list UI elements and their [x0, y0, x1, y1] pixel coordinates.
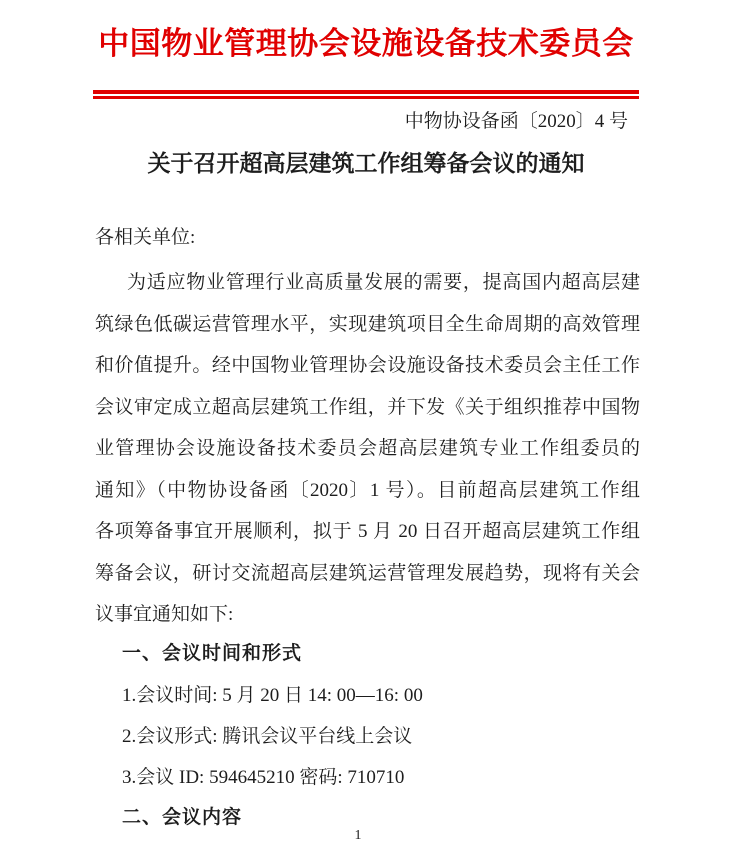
paragraph-line: 各项筹备事宜开展顺利，拟于 5 月 20 日召开超高层建筑工作组	[95, 520, 640, 545]
section-heading-content: 二、会议内容	[122, 806, 640, 831]
meeting-format-item: 2.会议形式: 腾讯会议平台线上会议	[122, 725, 640, 750]
paragraph-line: 会议审定成立超高层建筑工作组，并下发《关于组织推荐中国物	[95, 396, 640, 421]
meeting-time-item: 1.会议时间: 5 月 20 日 14: 00—16: 00	[122, 684, 640, 709]
paragraph-line: 为适应物业管理行业高质量发展的需要，提高国内超高层建	[127, 271, 640, 296]
paragraph-line: 业管理协会设施设备技术委员会超高层建筑专业工作组委员的	[95, 437, 640, 462]
doc-number: 中物协设备函〔2020〕4 号	[95, 110, 628, 135]
section-heading-time-format: 一、会议时间和形式	[122, 642, 640, 667]
document-page: { "document": { "header": { "org_name": …	[0, 0, 732, 860]
org-header-title: 中国物业管理协会设施设备技术委员会	[0, 22, 732, 67]
meeting-id-item: 3.会议 ID: 594645210 密码: 710710	[122, 766, 640, 791]
page-number: 1	[0, 828, 716, 844]
notice-title: 关于召开超高层建筑工作组筹备会议的通知	[0, 148, 732, 180]
red-divider-rule	[93, 90, 639, 99]
paragraph-line: 筹备会议，研讨交流超高层建筑运营管理发展趋势，现将有关会	[95, 562, 640, 587]
paragraph-line: 和价值提升。经中国物业管理协会设施设备技术委员会主任工作	[95, 354, 640, 379]
salutation: 各相关单位:	[95, 226, 640, 251]
paragraph-line: 筑绿色低碳运营管理水平，实现建筑项目全生命周期的高效管理	[95, 313, 640, 338]
paragraph-line: 议事宜通知如下:	[95, 603, 640, 628]
paragraph-line: 通知》（中物协设备函〔2020〕1 号）。目前超高层建筑工作组	[95, 479, 640, 504]
